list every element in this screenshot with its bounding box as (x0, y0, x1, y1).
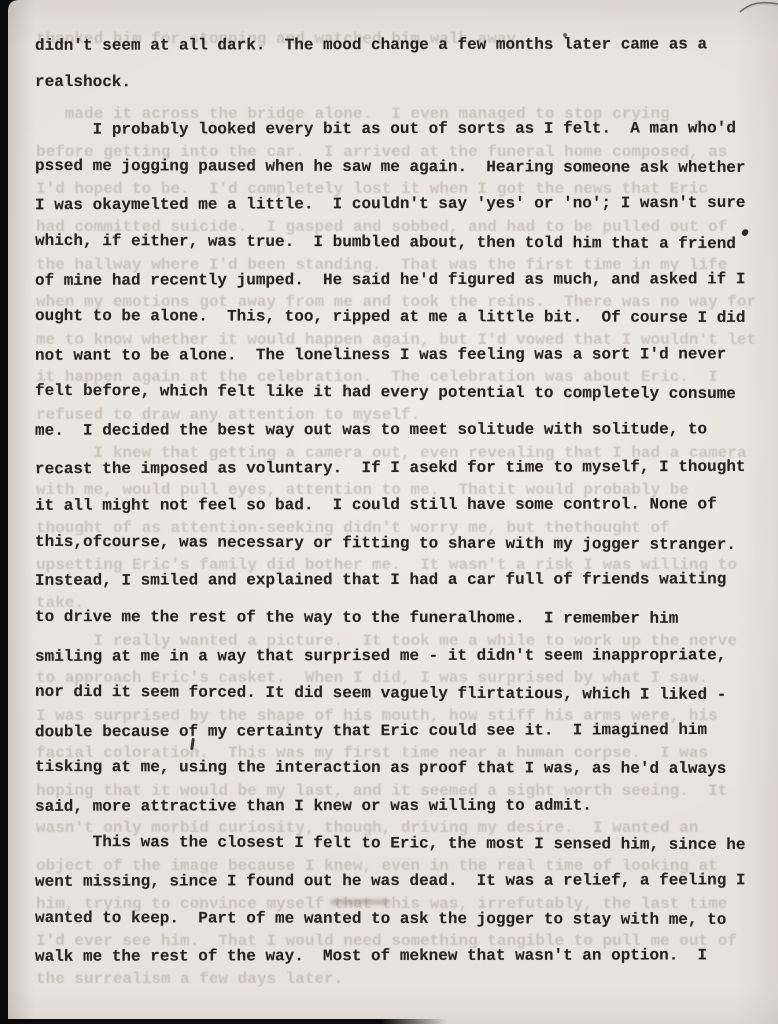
scanner-bed-edge (0, 1019, 448, 1024)
typewritten-line: wanted to keep. Part of me wanted to ask… (35, 900, 771, 940)
typewritten-line: of mine had recently jumped. He said he'… (35, 261, 771, 300)
dust-dot (563, 33, 567, 37)
typewritten-line: which, if either, was true. I bumbled ab… (35, 223, 771, 264)
typewritten-line: tisking at me, using the interaction as … (35, 749, 771, 789)
typewritten-line: I was okaymelted me a little. I couldn't… (35, 185, 771, 225)
typewritten-line: went missing, since I found out he was d… (35, 862, 771, 901)
typewritten-line: smiling at me in a way that surprised me… (35, 637, 771, 676)
typewritten-line: realshock. (35, 63, 771, 104)
typewritten-line: felt before, which felt like it had ever… (35, 373, 771, 414)
typewritten-text-block: didn't seem at all dark. The mood change… (35, 27, 771, 976)
typewritten-line: it all might not feel so bad. I could st… (35, 486, 771, 525)
typewritten-line: pssed me jogging paused when he saw me a… (35, 148, 771, 188)
typewritten-line: recast the imposed as voluntary. If I as… (35, 448, 771, 488)
typewritten-line: not want to be alone. The loneliness I w… (35, 336, 771, 375)
typewritten-line: double because of my certainty that Eric… (35, 711, 771, 751)
pencil-smudge (330, 899, 390, 905)
typewritten-line: to drive me the rest of the way to the f… (35, 599, 771, 639)
typewritten-line: ought to be alone. This, too, ripped at … (35, 298, 771, 338)
page-curl-scratch-mark (738, 0, 778, 34)
scanned-page: thanked him for stopping and watched him… (0, 0, 778, 1024)
typewritten-line: nor did it seem forced. It did seem vagu… (35, 674, 771, 715)
typewritten-line: this,ofcourse, was necessary or fitting … (35, 524, 771, 565)
typewritten-line: didn't seem at all dark. The mood change… (35, 26, 771, 65)
typewritten-line: This was the closest I felt to Eric, the… (35, 824, 771, 865)
typewritten-line: walk me the rest of the way. Most of mek… (35, 937, 771, 976)
typewritten-line: me. I decided the best way out was to me… (35, 411, 771, 450)
typewritten-line: said, more attractive than I knew or was… (35, 787, 771, 826)
typewritten-line: I probably looked every bit as out of so… (35, 110, 771, 149)
typewritten-line: Instead, I smiled and explained that I h… (35, 562, 771, 601)
